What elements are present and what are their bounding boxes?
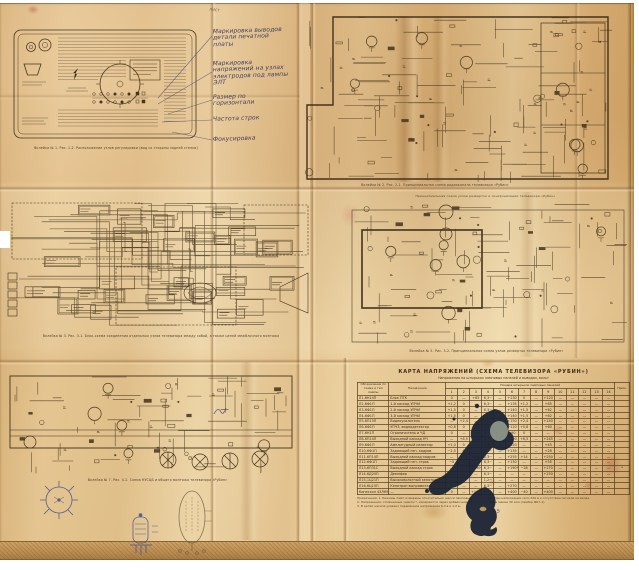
col-header-purpose: Назначение (389, 383, 446, 396)
tube-designation: Кинескоп 43ЛК9Б (358, 489, 389, 495)
blue-ink-tube-pinout-sketch (38, 479, 80, 521)
remark-cell (615, 489, 630, 495)
tube-purpose: — (389, 489, 446, 495)
figure-caption: Вклейка № 7. Рис. 4-2. Схема КУСЦБ и общ… (85, 478, 230, 482)
voltage-value: — (554, 489, 566, 495)
blue-ink-mark (212, 405, 228, 417)
voltage-value: +400 (542, 489, 554, 495)
voltage-value: +16 000 (470, 489, 482, 495)
hand-note: Размер по горизонтали (213, 93, 273, 108)
voltage-value: — (602, 489, 614, 495)
voltage-value: — (566, 489, 578, 495)
pencil-scribble: лист (209, 7, 220, 13)
col-header-remark: Прим. (615, 383, 630, 396)
fold-crease (343, 358, 349, 541)
fold-crease (0, 359, 634, 365)
blue-ink-tube-sketch (122, 512, 160, 558)
schematic-drawing (350, 200, 627, 347)
leader-lines (150, 30, 220, 150)
schematic-heading: Принципиальная схема узлов разверток и с… (398, 194, 573, 198)
voltage-value: — (590, 489, 602, 495)
table-footnotes: Примечания: 1. Режимы ламп измерены отно… (357, 497, 630, 509)
stain (27, 5, 39, 14)
kuscb-schematic (8, 372, 296, 474)
table-subtitle: Напряжения на штырьках ламповых панелей … (357, 376, 630, 380)
schematic-drawing (8, 372, 296, 474)
voltage-value: — (530, 489, 542, 495)
table-row: Кинескоп 43ЛК9Б—0—+16 0006,3~—+400−40—+4… (358, 489, 630, 495)
voltage-value: — (494, 489, 506, 495)
pencil-tube-sketch (168, 487, 216, 557)
voltage-value: +400 (506, 489, 518, 495)
figure-caption: Вклейка № 2. Рис. 2-1. Принципиальная сх… (330, 183, 540, 187)
hand-note: Маркировка напряжений на узлах электродо… (213, 59, 292, 87)
voltage-value: −40 (518, 489, 530, 495)
figure-caption: Вклейка № 5. Рис. 3-2. Принципиальная сх… (404, 349, 569, 353)
block-diagram (4, 197, 314, 333)
block-diagram-drawing (4, 197, 314, 333)
voltage-chart: КАРТА НАПРЯЖЕНИЙ (СХЕМА ТЕЛЕВИЗОРА «РУБИ… (357, 369, 630, 509)
table-title: КАРТА НАПРЯЖЕНИЙ (СХЕМА ТЕЛЕВИЗОРА «РУБИ… (357, 369, 630, 375)
schematic-drawing (303, 13, 612, 183)
voltage-value: 6,3~ (482, 489, 494, 495)
hand-note: Маркировка выводов детали печатной платы (213, 27, 290, 49)
col-header-designation: Обозначение по схеме и тип лампы (358, 383, 389, 396)
figure-caption: Вклейка № 3. Рис. 3-1. Блок-схема соедин… (30, 334, 292, 338)
voltage-table: Обозначение по схеме и тип лампы Назначе… (357, 382, 630, 495)
scanned-foldout-page: Вклейка № 1. Рис. 1-2. Расположение узло… (0, 0, 639, 570)
stain (481, 358, 495, 368)
voltage-value: — (578, 489, 590, 495)
voltage-value: — (458, 489, 470, 495)
sweep-schematic (350, 200, 627, 347)
radio-channel-schematic (303, 13, 612, 183)
folded-edge-band (0, 541, 634, 560)
blue-ink-number: 7,5 (492, 509, 501, 516)
voltage-value: 0 (446, 489, 458, 495)
